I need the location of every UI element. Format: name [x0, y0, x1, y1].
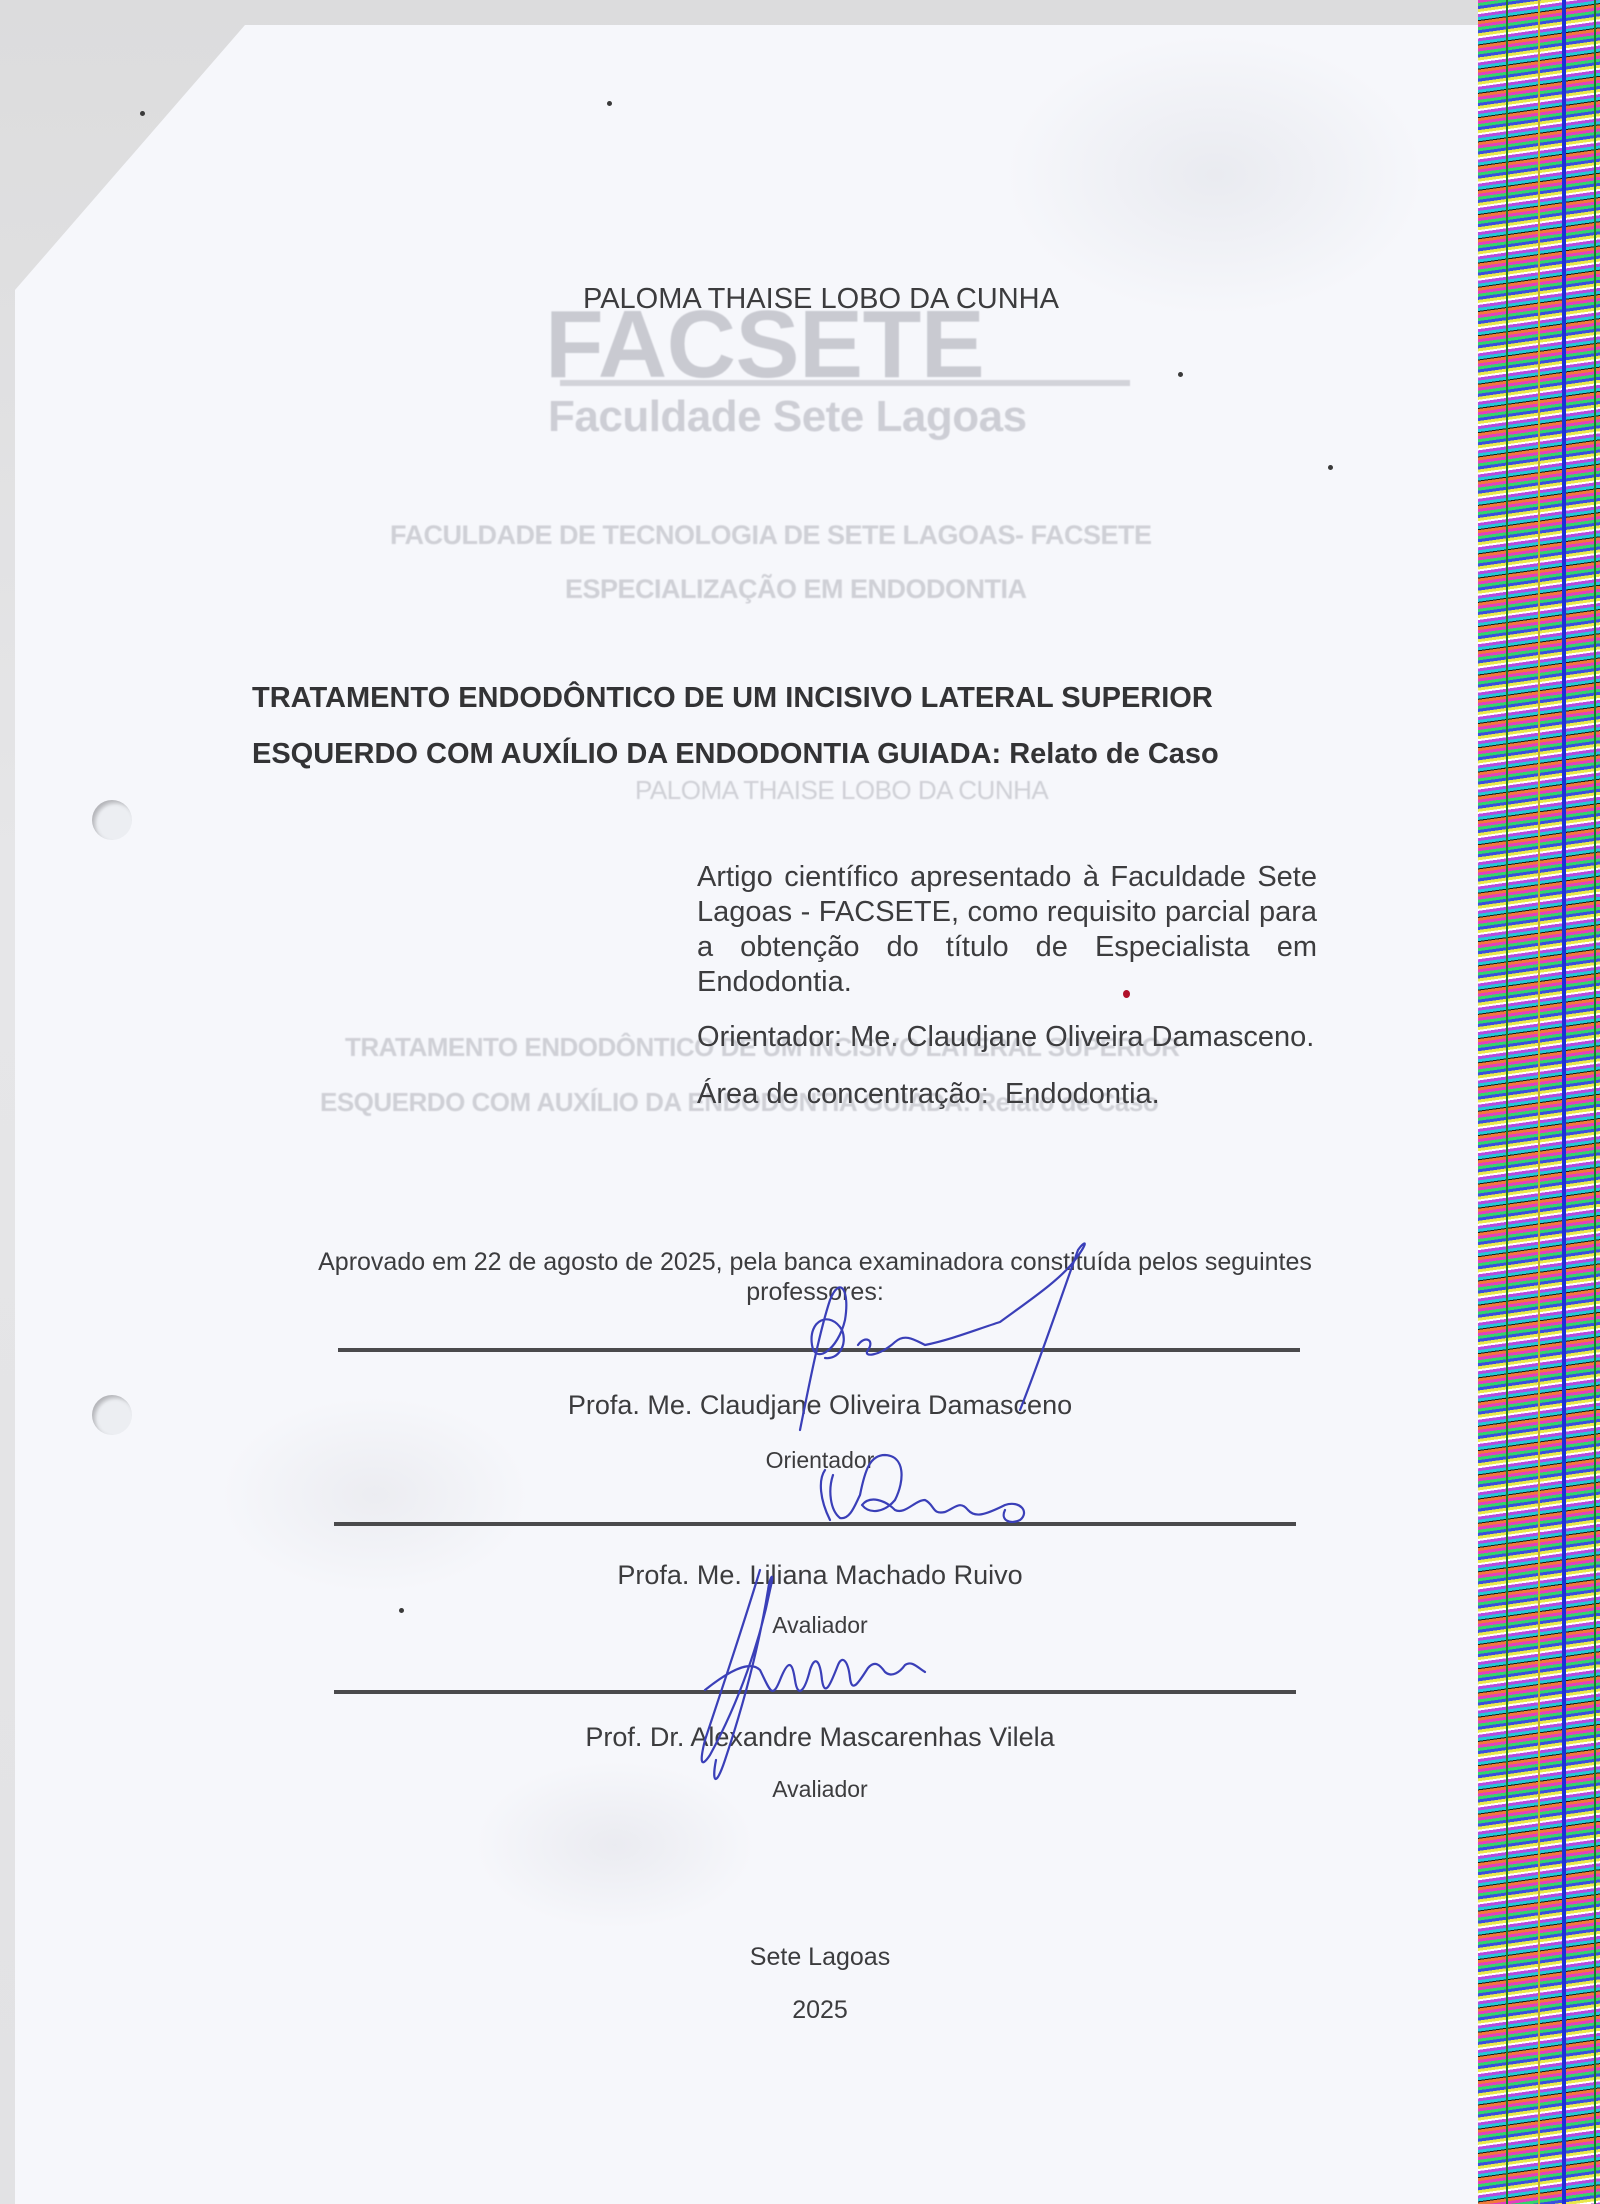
committee-member-role: Orientador — [420, 1447, 1220, 1474]
title-line-1: TRATAMENTO ENDODÔNTICO DE UM INCISIVO LA… — [252, 670, 1219, 726]
punch-hole — [92, 800, 132, 840]
bleed-through-logo-rule — [560, 380, 1130, 386]
document-title: TRATAMENTO ENDODÔNTICO DE UM INCISIVO LA… — [252, 670, 1219, 782]
dust-speck — [1178, 372, 1183, 377]
city: Sete Lagoas — [420, 1943, 1220, 1972]
committee-member-role: Avaliador — [420, 1776, 1220, 1803]
approval-line-1: Aprovado em 22 de agosto de 2025, pela b… — [250, 1247, 1380, 1277]
title-subtitle: Relato de Caso — [1001, 738, 1219, 770]
signature-line — [334, 1690, 1296, 1694]
bleed-through-program: ESPECIALIZAÇÃO EM ENDODONTIA — [565, 574, 1027, 605]
area-line: Área de concentração: Endodontia. — [697, 1077, 1317, 1112]
red-ink-speck — [1123, 990, 1130, 998]
dust-speck — [140, 111, 145, 116]
punch-hole — [92, 1395, 132, 1435]
author-name: PALOMA THAISE LOBO DA CUNHA — [583, 283, 1059, 316]
dust-speck — [607, 101, 612, 106]
bleed-through-logo-subtitle: Faculdade Sete Lagoas — [548, 392, 1027, 442]
committee-member-name: Profa. Me. Liliana Machado Ruivo — [420, 1560, 1220, 1591]
dust-speck — [399, 1608, 404, 1613]
signature-line — [338, 1348, 1300, 1352]
year: 2025 — [420, 1996, 1220, 2025]
title-line-2: ESQUERDO COM AUXÍLIO DA ENDODONTIA GUIAD… — [252, 726, 1219, 782]
approval-line-2: professores: — [250, 1277, 1380, 1307]
nature-of-work-block: Artigo científico apresentado à Faculdad… — [697, 860, 1317, 1112]
committee-member-name: Prof. Dr. Alexandre Mascarenhas Vilela — [420, 1722, 1220, 1753]
advisor-line: Orientador: Me. Claudjane Oliveira Damas… — [697, 1020, 1317, 1055]
title-line-2-main: ESQUERDO COM AUXÍLIO DA ENDODONTIA GUIAD… — [252, 738, 1001, 770]
dust-speck — [1328, 465, 1333, 470]
approval-statement: Aprovado em 22 de agosto de 2025, pela b… — [250, 1247, 1380, 1307]
bleed-through-institution: FACULDADE DE TECNOLOGIA DE SETE LAGOAS- … — [390, 520, 1152, 551]
nature-of-work: Artigo científico apresentado à Faculdad… — [697, 860, 1317, 1000]
signature-line — [334, 1522, 1296, 1526]
committee-member-name: Profa. Me. Claudjane Oliveira Damasceno — [420, 1390, 1220, 1421]
committee-member-role: Avaliador — [420, 1612, 1220, 1639]
scan-noise-stripe — [1478, 0, 1600, 2204]
